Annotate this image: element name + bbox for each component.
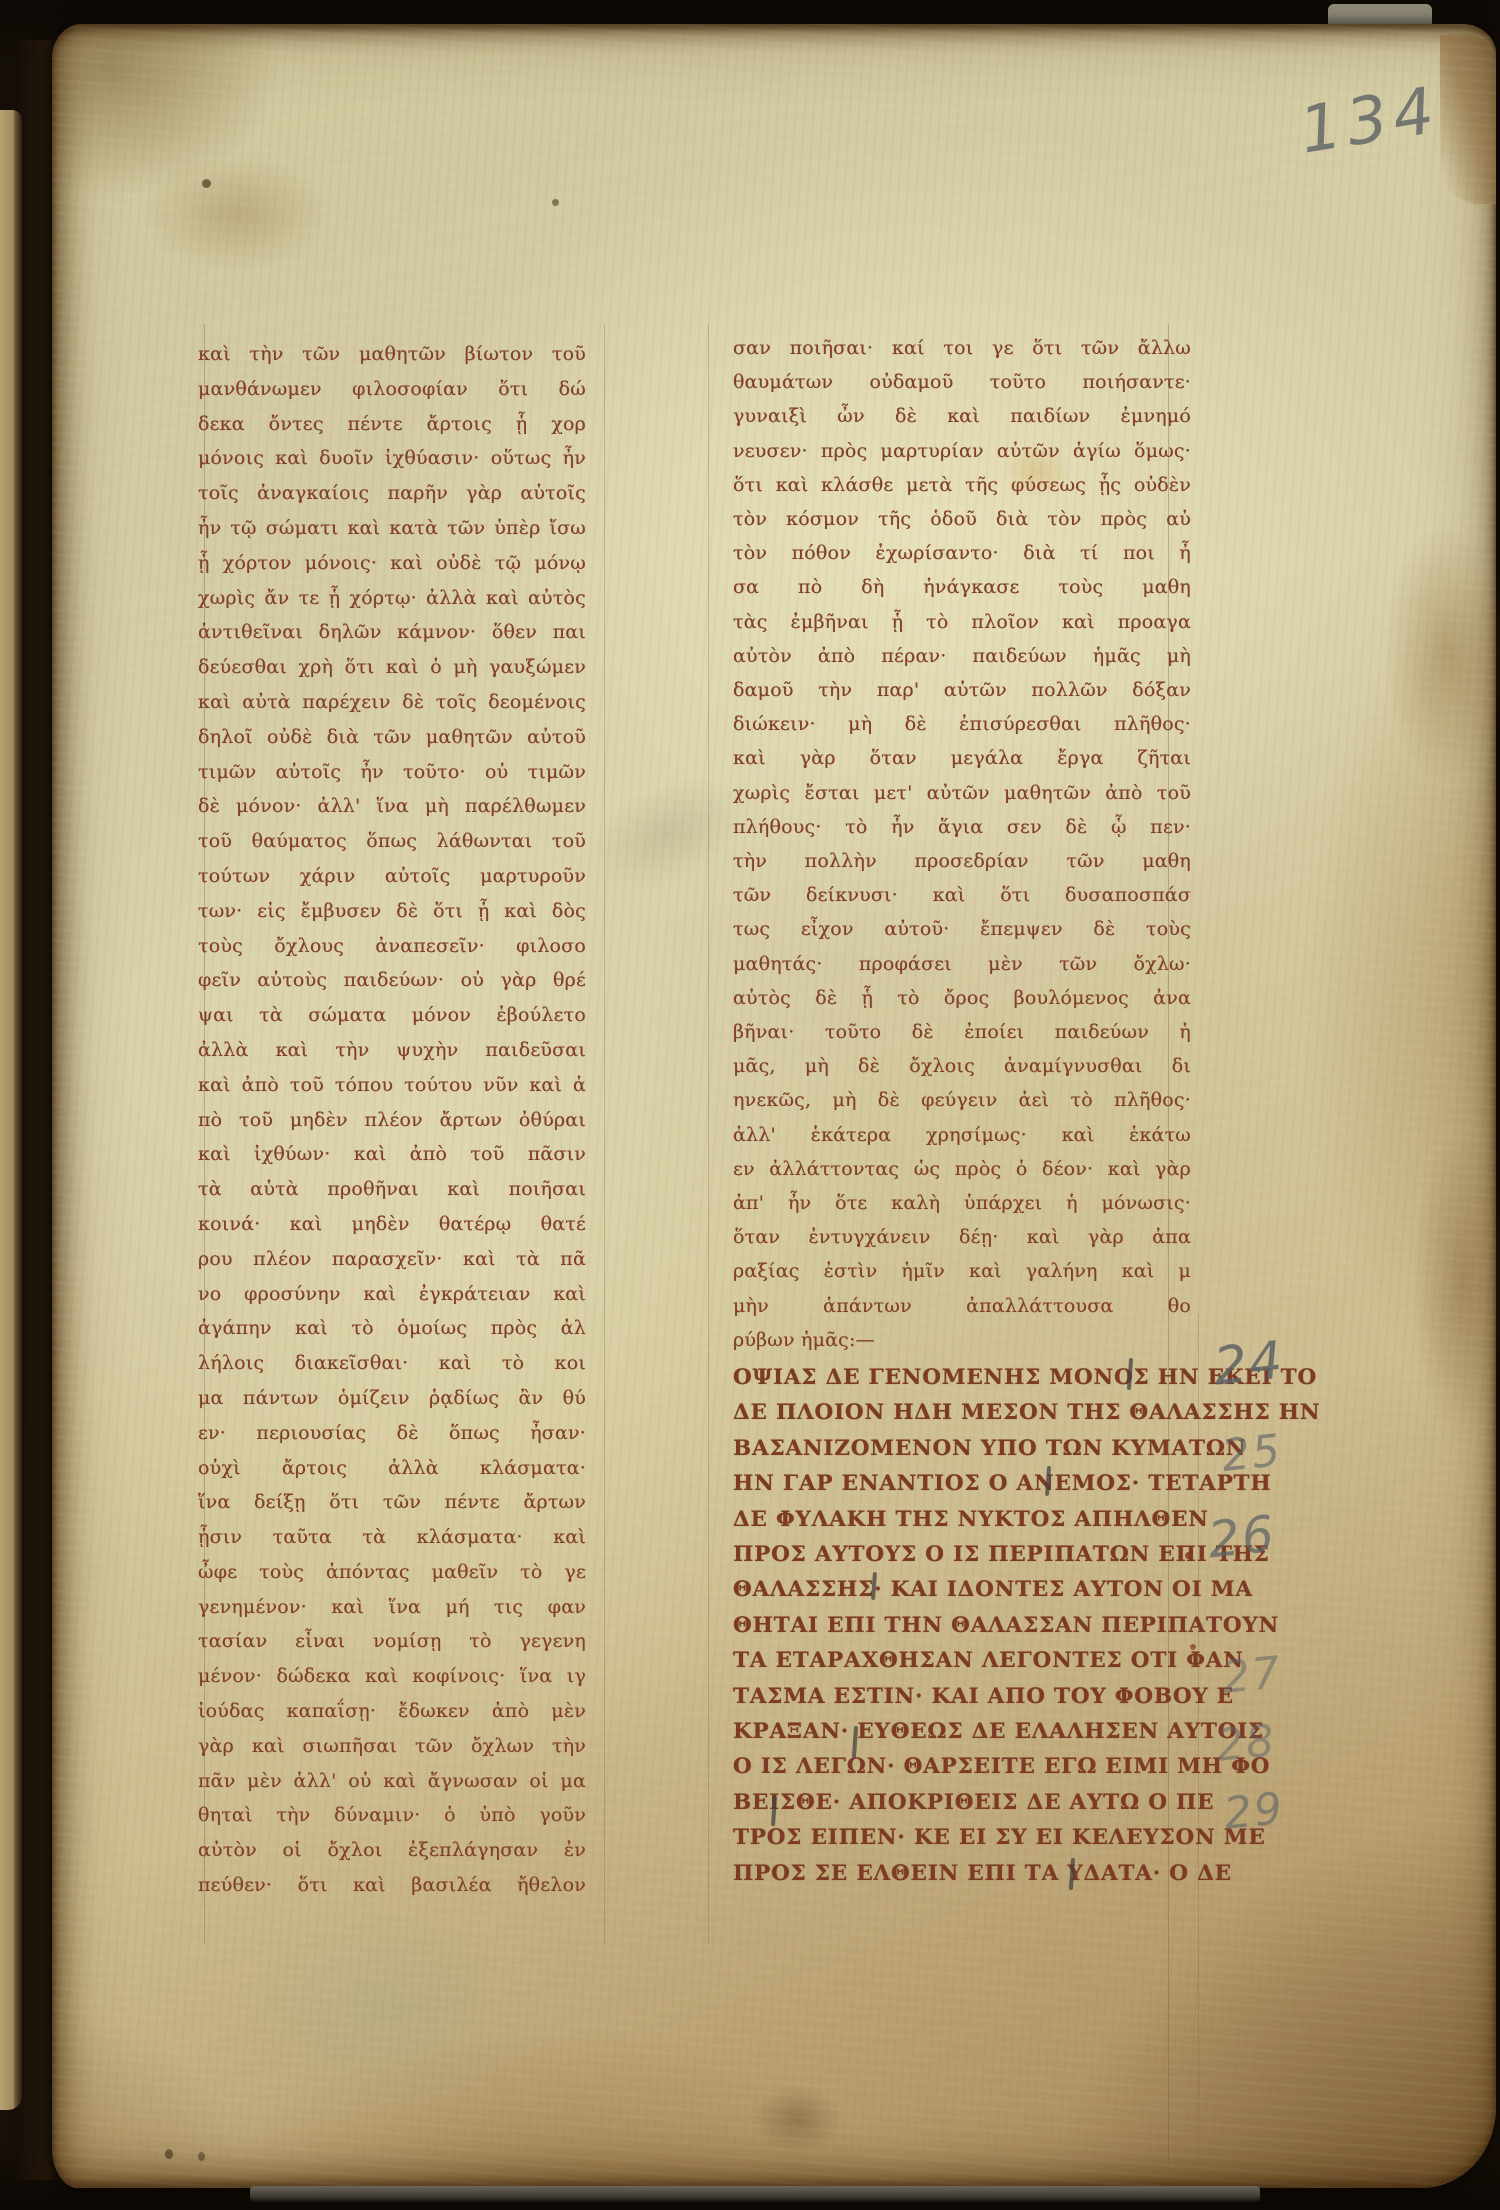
left-text-column: καὶ τὴν τῶν μαθητῶν βίωτον τοῦμανθάνωμεν… [198, 337, 586, 1903]
commentary-line: τὸν πόθον ἐχωρίσαντο· διὰ τί ποι ἦ [733, 536, 1191, 570]
commentary-line: ὅτι καὶ κλάσθε μετὰ τῆς φύσεως ᾗς οὐδὲν [733, 468, 1191, 502]
commentary-line: ἰούδας καπαΐσῃ· ἔδωκεν ἀπὸ μὲν [198, 1694, 586, 1729]
commentary-line: φεῖν αὐτοὺς παιδεύων· οὐ γὰρ θρέ [198, 963, 586, 998]
commentary-line: αὐτὸς δὲ ᾗ τὸ ὄρος βουλόμενος ἀνα [733, 981, 1191, 1015]
commentary-line: τασίαν εἶναι νομίσῃ τὸ γεγενη [198, 1624, 586, 1659]
verse-number-28: 28 [1213, 1715, 1278, 1772]
underlying-page-edges [250, 2186, 1260, 2202]
commentary-line: ἀντιθεῖναι δηλῶν κάμνον· ὅθεν παι [198, 615, 586, 650]
gospel-line: ΘΗΤΑΙ ΕΠΙ ΤΗΝ ΘΑΛΑΣΣΑΝ ΠΕΡΙΠΑΤΟΥΝ [733, 1608, 1195, 1643]
commentary-line: τοῖς ἀναγκαίοις παρῆν γὰρ αὐτοῖς [198, 476, 586, 511]
verse-number-29: 29 [1221, 1783, 1286, 1840]
gospel-line: ΠΡΟΣ ΣΕ ΕΛΘΕΙΝ ΕΠΙ ΤΑ ΥΔΑΤΑ· Ο ΔΕ [733, 1856, 1195, 1891]
stain [232, 1904, 532, 2114]
commentary-line: ραξίας ἐστὶν ἡμῖν καὶ γαλήνη καὶ μ [733, 1254, 1191, 1288]
commentary-line: ἀγάπην καὶ τὸ ὁμοίως πρὸς ἀλ [198, 1311, 586, 1346]
commentary-line: δαμοῦ τὴν παρ' αὐτῶν πολλῶν δόξαν [733, 673, 1191, 707]
gospel-line: ΠΡΟΣ ΑΥΤΟΥΣ Ο ΙΣ ΠΕΡΙΠΑΤΩΝ ΕΠΙ ΤΗΣ [733, 1537, 1195, 1572]
stain [142, 154, 332, 274]
gospel-line: ΚΡΑΞΑΝ· ΕΥΘΕΩΣ ΔΕ ΕΛΑΛΗΣΕΝ ΑΥΤΟΙΣ [733, 1714, 1195, 1749]
speck [552, 199, 559, 206]
commentary-line: ρύβων ἡμᾶς:— [733, 1323, 1191, 1357]
commentary-line: ᾖσιν ταῦτα τὰ κλάσματα· καὶ [198, 1520, 586, 1555]
commentary-line: μὴν ἁπάντων ἀπαλλάττουσα θο [733, 1289, 1191, 1323]
commentary-line: ἦν τῷ σώματι καὶ κατὰ τῶν ὑπὲρ ἴσω [198, 511, 586, 546]
gospel-line: Ο ΙΣ ΛΕΓΩΝ· ΘΑΡΣΕΙΤΕ ΕΓΩ ΕΙΜΙ ΜΗ ΦΟ [733, 1749, 1195, 1784]
commentary-line: λήλοις διακεῖσθαι· καὶ τὸ κοι [198, 1346, 586, 1381]
commentary-line: ἀλλὰ καὶ τὴν ψυχὴν παιδεῦσαι [198, 1033, 586, 1068]
commentary-line: πὸ τοῦ μηδὲν πλέον ἄρτων ὀθύραι [198, 1103, 586, 1138]
commentary-line: σαν ποιῆσαι· καί τοι γε ὅτι τῶν ἄλλω [733, 331, 1191, 365]
commentary-line: τοὺς ὄχλους ἀναπεσεῖν· φιλοσο [198, 929, 586, 964]
ruling-line-center-left [604, 324, 605, 1944]
commentary-line: γυναιξὶ ὦν δὲ καὶ παιδίων ἐμνημό [733, 399, 1191, 433]
commentary-line: τούτων χάριν αὐτοῖς μαρτυροῦν [198, 859, 586, 894]
commentary-line: τως εἶχον αὐτοῦ· ἔπεμψεν δὲ τοὺς [733, 912, 1191, 946]
commentary-line: μόνοις καὶ δυοῖν ἰχθύασιν· οὕτως ἦν [198, 441, 586, 476]
commentary-line: βῆναι· τοῦτο δὲ ἐποίει παιδεύων ἡ [733, 1015, 1191, 1049]
commentary-line: πεύθεν· ὅτι καὶ βασιλέα ἤθελον [198, 1868, 586, 1903]
commentary-line: μαθητάς· προφάσει μὲν τῶν ὄχλω· [733, 947, 1191, 981]
commentary-line: ὦφε τοὺς ἀπόντας μαθεῖν τὸ γε [198, 1555, 586, 1590]
verse-number-27: 27 [1219, 1647, 1284, 1704]
commentary-line: τοῦ θαύματος ὅπως λάθωνται τοῦ [198, 824, 586, 859]
commentary-line: μένον· δώδεκα καὶ κοφίνοις· ἵνα ιγ [198, 1659, 586, 1694]
gospel-line: ΔΕ ΦΥΛΑΚΗ ΤΗΣ ΝΥΚΤΟΣ ΑΠΗΛΘΕΝ [733, 1502, 1195, 1537]
commentary-line: τὴν πολλὴν προσεδρίαν τῶν μαθη [733, 844, 1191, 878]
commentary-line: πᾶν μὲν ἀλλ' οὐ καὶ ἄγνωσαν οἱ μα [198, 1764, 586, 1799]
commentary-line: θηταὶ τὴν δύναμιν· ὁ ὑπὸ γοῦν [198, 1798, 586, 1833]
commentary-line: ἀλλ' ἑκάτερα χρησίμως· καὶ ἑκάτω [733, 1118, 1191, 1152]
stain [1412, 1124, 1500, 1444]
speck [165, 2149, 173, 2159]
commentary-line: μανθάνωμεν φιλοσοφίαν ὅτι δώ [198, 372, 586, 407]
commentary-line: νο φροσύνην καὶ ἐγκράτειαν καὶ [198, 1277, 586, 1312]
commentary-line: καὶ ἀπὸ τοῦ τόπου τούτου νῦν καὶ ἀ [198, 1068, 586, 1103]
commentary-line: δὲ μόνον· ἀλλ' ἵνα μὴ παρέλθωμεν [198, 789, 586, 824]
right-text-column-gospel: ΟΨΙΑΣ ΔΕ ΓΕΝΟΜΕΝΗΣ ΜΟΝΟΣ ΗΝ ΕΚΕΙ ΤΟΔΕ ΠΛ… [733, 1360, 1195, 1891]
commentary-line: μα πάντων ὁμίζειν ῥᾳδίως ἂν θύ [198, 1381, 586, 1416]
commentary-line: γὰρ καὶ σιωπῆσαι τῶν ὄχλων τὴν [198, 1729, 586, 1764]
speck [202, 179, 211, 188]
commentary-line: εν ἀλλάττοντας ὡς πρὸς ὁ δέον· καὶ γὰρ [733, 1152, 1191, 1186]
commentary-line: ἵνα δείξῃ ὅτι τῶν πέντε ἄρτων [198, 1485, 586, 1520]
gospel-line: ΘΑΛΑΣΣΗΣ· ΚΑΙ ΙΔΟΝΤΕΣ ΑΥΤΟΝ ΟΙ ΜΑ [733, 1572, 1195, 1607]
commentary-line: δεκα ὄντες πέντε ἄρτοις ᾗ χορ [198, 407, 586, 442]
gospel-line: ΤΑ ΕΤΑΡΑΧΘΗΣΑΝ ΛΕΓΟΝΤΕΣ ΟΤΙ ΦΑΝ [733, 1643, 1195, 1678]
gospel-line: ΤΡΟΣ ΕΙΠΕΝ· ΚΕ ΕΙ ΣΥ ΕΙ ΚΕΛΕΥΣΟΝ ΜΕ [733, 1820, 1195, 1855]
commentary-line: δηλοῖ οὐδὲ διὰ τῶν μαθητῶν αὐτοῦ [198, 720, 586, 755]
verse-number-25: 25 [1219, 1425, 1284, 1482]
commentary-line: καὶ ἰχθύων· καὶ ἀπὸ τοῦ πᾶσιν [198, 1137, 586, 1172]
commentary-line: διώκειν· μὴ δὲ ἐπισύρεσθαι πλῆθος· [733, 707, 1191, 741]
commentary-line: δεύεσθαι χρὴ ὅτι καὶ ὁ μὴ γαυξώμεν [198, 650, 586, 685]
commentary-line: αὐτὸν ἀπὸ πέραν· παιδεύων ἡμᾶς μὴ [733, 639, 1191, 673]
commentary-line: τὰς ἐμβῆναι ᾗ τὸ πλοῖον καὶ προαγα [733, 605, 1191, 639]
gospel-line: ΗΝ ΓΑΡ ΕΝΑΝΤΙΟΣ Ο ΑΝΕΜΟΣ· ΤΕΤΑΡΤΗ [733, 1466, 1195, 1501]
gospel-line: ΒΕΙΣΘΕ· ΑΠΟΚΡΙΘΕΙΣ ΔΕ ΑΥΤΩ Ο ΠΕ [733, 1785, 1195, 1820]
commentary-line: ᾗ χόρτον μόνοις· καὶ οὐδὲ τῷ μόνῳ [198, 546, 586, 581]
commentary-line: καὶ γὰρ ὅταν μεγάλα ἔργα ζῆται [733, 741, 1191, 775]
gospel-line: ΒΑΣΑΝΙΖΟΜΕΝΟΝ ΥΠΟ ΤΩΝ ΚΥΜΑΤΩΝ [733, 1431, 1195, 1466]
stain [1382, 524, 1500, 784]
commentary-line: σα πὸ δὴ ἠνάγκασε τοὺς μαθη [733, 570, 1191, 604]
speck [198, 2152, 205, 2161]
gospel-line: ΟΨΙΑΣ ΔΕ ΓΕΝΟΜΕΝΗΣ ΜΟΝΟΣ ΗΝ ΕΚΕΙ ΤΟ [733, 1360, 1195, 1395]
commentary-line: τιμῶν αὐτοῖς ἦν τοῦτο· οὐ τιμῶν [198, 755, 586, 790]
commentary-line: γενημένον· καὶ ἵνα μή τις φαν [198, 1590, 586, 1625]
commentary-line: ἀπ' ἦν ὅτε καλὴ ὑπάρχει ἡ μόνωσις· [733, 1186, 1191, 1220]
commentary-line: οὐχὶ ἄρτοις ἀλλὰ κλάσματα· [198, 1451, 586, 1486]
right-text-column-commentary: σαν ποιῆσαι· καί τοι γε ὅτι τῶν ἄλλωθαυμ… [733, 331, 1191, 1357]
commentary-line: τῶν δείκνυσι· καὶ ὅτι δυσαποσπάσ [733, 878, 1191, 912]
commentary-line: ηνεκῶς, μὴ δὲ φεύγειν ἀεὶ τὸ πλῆθος· [733, 1083, 1191, 1117]
commentary-line: αὐτὸν οἱ ὄχλοι ἐξεπλάγησαν ἐν [198, 1833, 586, 1868]
commentary-line: ρου πλέον παρασχεῖν· καὶ τὰ πᾶ [198, 1242, 586, 1277]
manuscript-photo: καὶ τὴν τῶν μαθητῶν βίωτον τοῦμανθάνωμεν… [0, 0, 1500, 2210]
commentary-line: ὅταν ἐντυγχάνειν δέῃ· καὶ γὰρ ἀπα [733, 1220, 1191, 1254]
commentary-line: ψαι τὰ σώματα μόνον ἐβούλετο [198, 998, 586, 1033]
commentary-line: χωρὶς ἄν τε ᾗ χόρτῳ· ἀλλὰ καὶ αὐτὸς [198, 581, 586, 616]
verse-number-24: 24 [1211, 1330, 1287, 1397]
commentary-line: πλήθους· τὸ ἦν ἅγια σεν δὲ ᾧ πεν· [733, 810, 1191, 844]
commentary-line: καὶ αὐτὰ παρέχειν δὲ τοῖς δεομένοις [198, 685, 586, 720]
commentary-line: θαυμάτων οὐδαμοῦ τοῦτο ποιήσαντε· [733, 365, 1191, 399]
stain [752, 2084, 842, 2154]
commentary-line: καὶ τὴν τῶν μαθητῶν βίωτον τοῦ [198, 337, 586, 372]
commentary-line: εν· περιουσίας δὲ ὅπως ἦσαν· [198, 1416, 586, 1451]
dog-ear-fold [1440, 34, 1496, 204]
gospel-line: ΔΕ ΠΛΟΙΟΝ ΗΔΗ ΜΕΣΟΝ ΤΗΣ ΘΑΛΑΣΣΗΣ ΗΝ [733, 1395, 1195, 1430]
commentary-line: τὰ αὐτὰ προθῆναι καὶ ποιῆσαι [198, 1172, 586, 1207]
gospel-line: ΤΑΣΜΑ ΕΣΤΙΝ· ΚΑΙ ΑΠΟ ΤΟΥ ΦΟΒΟΥ Ε [733, 1679, 1195, 1714]
commentary-line: νευσεν· πρὸς μαρτυρίαν αὐτῶν ἁγίω ὅμως· [733, 434, 1191, 468]
ruling-line-center-right [708, 324, 709, 1944]
commentary-line: των· εἰς ἔμβυσεν δὲ ὅτι ᾗ καὶ δὸς [198, 894, 586, 929]
commentary-line: τὸν κόσμον τῆς ὁδοῦ διὰ τὸν πρὸς αὐ [733, 502, 1191, 536]
commentary-line: κοινά· καὶ μηδὲν θατέρῳ θατέ [198, 1207, 586, 1242]
commentary-line: μᾶς, μὴ δὲ ὄχλοις ἀναμίγνυσθαι δι [733, 1049, 1191, 1083]
commentary-line: χωρὶς ἔσται μετ' αὐτῶν μαθητῶν ἀπὸ τοῦ [733, 776, 1191, 810]
verse-number-26: 26 [1205, 1505, 1278, 1570]
